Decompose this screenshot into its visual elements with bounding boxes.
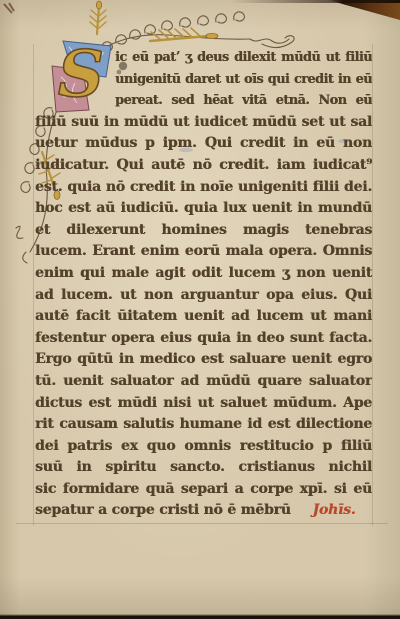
manuscript-line: unigenitū daret ut oīs qui credit in eū … [35,69,372,91]
manuscript-line: hoc est aū iudiciū. quia lux uenit in mu… [35,198,372,220]
manuscript-line: pereat. sed hēat vitā etnā. Non eū misit… [35,90,372,112]
manuscript-line: est. quia nō credit in noīe unigeniti fi… [35,177,372,199]
manuscript-line: festentur opera eius quia in deo sunt fa… [35,328,372,350]
ruling-line-bottom [16,523,388,524]
manuscript-line: tū. uenit saluator ad mūdū quare saluato… [35,371,372,393]
manuscript-line: iudicatur. Qui autē nō credit. iam iudic… [35,155,372,177]
manuscript-line: ad lucem. ut non arguantur opa eius. Qui [35,285,372,307]
ruling-line-left [33,44,34,526]
manuscript-line: sepatur a corpe cristi nō ē mēbrū ei⁹ Jo… [35,500,372,522]
manuscript-line: dictus est mūdi nisi ut saluet mūdum. Ap… [35,393,372,415]
manuscript-line: Ergo qūtū in medico est saluare uenit eg… [35,349,372,371]
manuscript-line: ic eū patʼ ʒ deus dilexit mūdū ut filiū … [35,47,372,69]
manuscript-line: sic formidare quā separi a corpe xpī. si… [35,479,372,501]
page-edge-shadow-top [230,0,400,3]
chapter-rubric: Johīs. ʒ. [312,500,372,522]
manuscript-line: enim qui male agit odit lucem ʒ non ueni… [35,263,372,285]
manuscript-line: suū in spiritu sancto. cristianus nichil… [35,457,372,479]
manuscript-line: filiū suū in mūdū ut iudicet mūdū set ut… [35,112,372,134]
manuscript-page: S ic eū patʼ ʒ deus dilexit mūdū ut fili… [0,0,400,619]
manuscript-line-text: sepatur a corpe cristi nō ē mēbrū ei⁹ [35,500,312,522]
manuscript-line: uetur mūdus p ipm. Qui credit in eū non [35,133,372,155]
manuscript-line: dei patris ex quo omnis restitucio p fil… [35,436,372,458]
manuscript-line: rit causam salutis humane id est dilecti… [35,414,372,436]
page-edge-shadow-bottom [0,614,400,619]
ruling-line-right [372,44,373,526]
text-block: ic eū patʼ ʒ deus dilexit mūdū ut filiū … [35,47,372,522]
manuscript-line: lucem. Erant enim eorū mala opera. Omnis [35,241,372,263]
manuscript-line: autē facit ūitatem uenit ad lucem ut man… [35,306,372,328]
manuscript-line: et dilexerunt homines magis tenebras qua… [35,220,372,242]
